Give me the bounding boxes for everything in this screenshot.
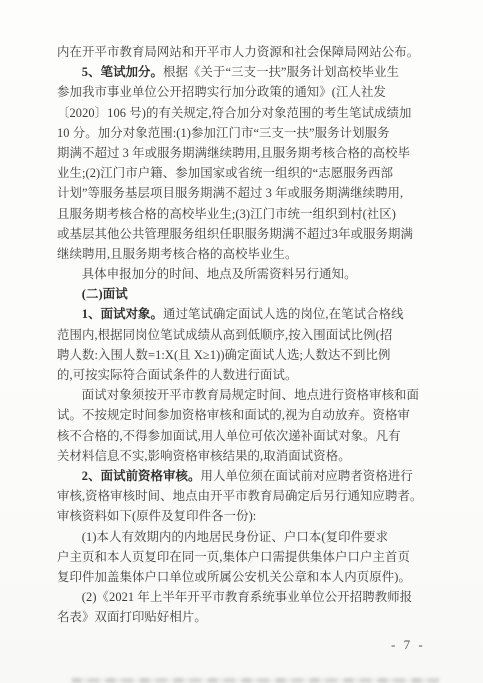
text-line: 核不合格的,不得参加面试,用人单位可依次递补面试对象。凡有 [57, 426, 437, 446]
text-line: 审核资料如下(原件及复印件各一份): [57, 506, 437, 526]
text-run: 参加我市事业单位公开招聘实行加分政策的通知》(江人社发 [57, 85, 386, 99]
text-run: 继续聘用,且服务期考核合格的高校毕业生。 [57, 247, 298, 261]
text-run: (1)本人有效期内的内地居民身份证、户口本(复印件要求 [82, 530, 388, 544]
text-line: 继续聘用,且服务期考核合格的高校毕业生。 [57, 244, 437, 264]
text-line: 聘人数:入围人数=1:X(且 X≥1))确定面试人选;人数达不到比例 [57, 345, 437, 365]
text-run: 根据《关于“三支一扶”服务计划高校毕业生 [163, 65, 399, 79]
text-line: (1)本人有效期内的内地居民身份证、户口本(复印件要求 [57, 527, 437, 547]
text-line: 10 分。加分对象范围:(1)参加江门市“三支一扶”服务计划服务 [57, 123, 437, 143]
text-run: (2)《2021 年上半年开平市教育系统事业单位公开招聘教师报 [82, 590, 412, 604]
text-line: 参加我市事业单位公开招聘实行加分政策的通知》(江人社发 [57, 82, 437, 102]
text-line: 内在开平市教育局网站和开平市人力资源和社会保障局网站公布。 [57, 42, 437, 62]
text-run: 面试对象须按开平市教育局规定时间、地点进行资格审核和面 [82, 388, 419, 402]
text-run: 试。不按规定时间参加资格审核和面试的,视为自动放弃。资格审 [57, 408, 410, 422]
text-run: 期满不超过 3 年或服务期满继续聘用,且服务期考核合格的高校毕 [57, 146, 410, 160]
text-run: 10 分。加分对象范围:(1)参加江门市“三支一扶”服务计划服务 [57, 126, 390, 140]
text-run: 复印件加盖集体户口单位或所属公安机关公章和本人内页原件)。 [57, 570, 411, 584]
document-page: 内在开平市教育局网站和开平市人力资源和社会保障局网站公布。5、笔试加分。根据《关… [0, 0, 483, 683]
text-line: 的,可按实际符合面试条件的人数进行面试。 [57, 365, 437, 385]
text-line: 范围内,根据同岗位笔试成绩从高到低顺序,按入围面试比例(招 [57, 325, 437, 345]
text-run: 的,可按实际符合面试条件的人数进行面试。 [57, 368, 298, 382]
text-line: 面试对象须按开平市教育局规定时间、地点进行资格审核和面 [57, 385, 437, 405]
text-line: 试。不按规定时间参加资格审核和面试的,视为自动放弃。资格审 [57, 405, 437, 425]
text-run: 具体申报加分的时间、地点及所需资料另行通知。 [82, 267, 357, 281]
text-run: 且服务期考核合格的高校毕业生;(3)江门市统一组织到村(社区) [57, 207, 396, 221]
text-run: 〔2020〕106 号)的有关规定,符合加分对象范围的考生笔试成绩加 [57, 106, 411, 120]
text-line: 且服务期考核合格的高校毕业生;(3)江门市统一组织到村(社区) [57, 204, 437, 224]
text-run: 用人单位须在面试前对应聘者资格进行 [201, 469, 413, 483]
text-line: 1、面试对象。通过笔试确定面试人选的岗位,在笔试合格线 [57, 304, 437, 324]
text-line: 业生;(2)江门市户籍、参加国家或省统一组织的“志愿服务西部 [57, 163, 437, 183]
text-run: 审核,资格审核时间、地点由开平市教育局确定后另行通知应聘者。 [57, 489, 422, 503]
text-line: 名表》双面打印贴好相片。 [57, 607, 437, 627]
text-run: 业生;(2)江门市户籍、参加国家或省统一组织的“志愿服务西部 [57, 166, 393, 180]
text-run: 户主页和本人页复印在同一页,集体户口需提供集体户口户主首页 [57, 550, 410, 564]
text-run: 范围内,根据同岗位笔试成绩从高到低顺序,按入围面试比例(招 [57, 328, 392, 342]
text-run: 审核资料如下(原件及复印件各一份): [57, 509, 256, 523]
text-line: 审核,资格审核时间、地点由开平市教育局确定后另行通知应聘者。 [57, 486, 437, 506]
text-run: 通过笔试确定面试人选的岗位,在笔试合格线 [163, 307, 404, 321]
text-line: 具体申报加分的时间、地点及所需资料另行通知。 [57, 264, 437, 284]
text-run: 计划”等服务基层项目服务期满不超过 3 年或服务期满继续聘用, [57, 186, 403, 200]
text-line: 户主页和本人页复印在同一页,集体户口需提供集体户口户主首页 [57, 547, 437, 567]
text-line: 5、笔试加分。根据《关于“三支一扶”服务计划高校毕业生 [57, 62, 437, 82]
text-line: 复印件加盖集体户口单位或所属公安机关公章和本人内页原件)。 [57, 567, 437, 587]
text-line: (2)《2021 年上半年开平市教育系统事业单位公开招聘教师报 [57, 587, 437, 607]
text-line: (二)面试 [57, 284, 437, 304]
text-line: 〔2020〕106 号)的有关规定,符合加分对象范围的考生笔试成绩加 [57, 103, 437, 123]
heading-run: 5、笔试加分。 [82, 65, 163, 79]
text-line: 或基层其他公共管理服务组织任职服务期满不超过3年或服务期满 [57, 224, 437, 244]
page-number: - 7 - [391, 637, 425, 653]
heading-run: 1、面试对象。 [82, 307, 163, 321]
text-line: 2、面试前资格审核。用人单位须在面试前对应聘者资格进行 [57, 466, 437, 486]
text-run: 核不合格的,不得参加面试,用人单位可依次递补面试对象。凡有 [57, 429, 401, 443]
document-body: 内在开平市教育局网站和开平市人力资源和社会保障局网站公布。5、笔试加分。根据《关… [57, 42, 437, 627]
text-run: 或基层其他公共管理服务组织任职服务期满不超过3年或服务期满 [57, 227, 413, 241]
heading-run: 2、面试前资格审核。 [82, 469, 201, 483]
text-run: 聘人数:入围人数=1:X(且 X≥1))确定面试人选;人数达不到比例 [57, 348, 390, 362]
text-line: 关材料信息不实,影响资格审核结果的,取消面试资格。 [57, 446, 437, 466]
text-run: 名表》双面打印贴好相片。 [57, 610, 207, 624]
text-run: 关材料信息不实,影响资格审核结果的,取消面试资格。 [57, 449, 351, 463]
scan-bleed-artifact [72, 678, 439, 683]
text-line: 计划”等服务基层项目服务期满不超过 3 年或服务期满继续聘用, [57, 183, 437, 203]
text-run: 内在开平市教育局网站和开平市人力资源和社会保障局网站公布。 [57, 45, 419, 59]
text-line: 期满不超过 3 年或服务期满继续聘用,且服务期考核合格的高校毕 [57, 143, 437, 163]
heading-run: (二)面试 [82, 287, 128, 301]
